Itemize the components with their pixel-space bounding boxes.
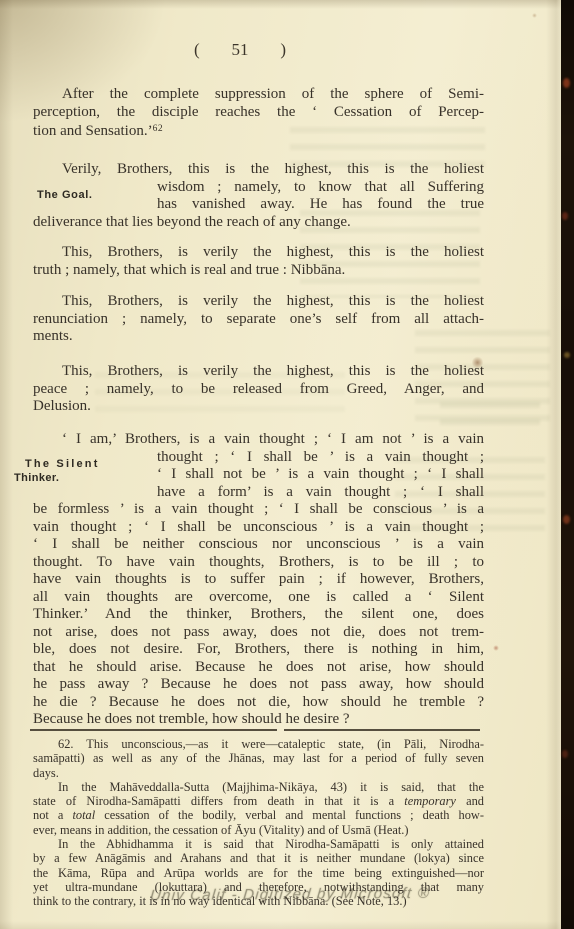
spine-fleck — [563, 515, 570, 524]
scanned-book-page: Univ Calif - Digitized by Microsoft ® ( … — [0, 0, 574, 929]
spine-fleck — [562, 750, 568, 758]
spine-fleck — [562, 212, 568, 220]
spine-fleck — [564, 352, 570, 358]
book-spine-edge — [561, 0, 574, 929]
spine-fleck — [563, 78, 570, 88]
page-edge-shadow — [0, 0, 574, 929]
